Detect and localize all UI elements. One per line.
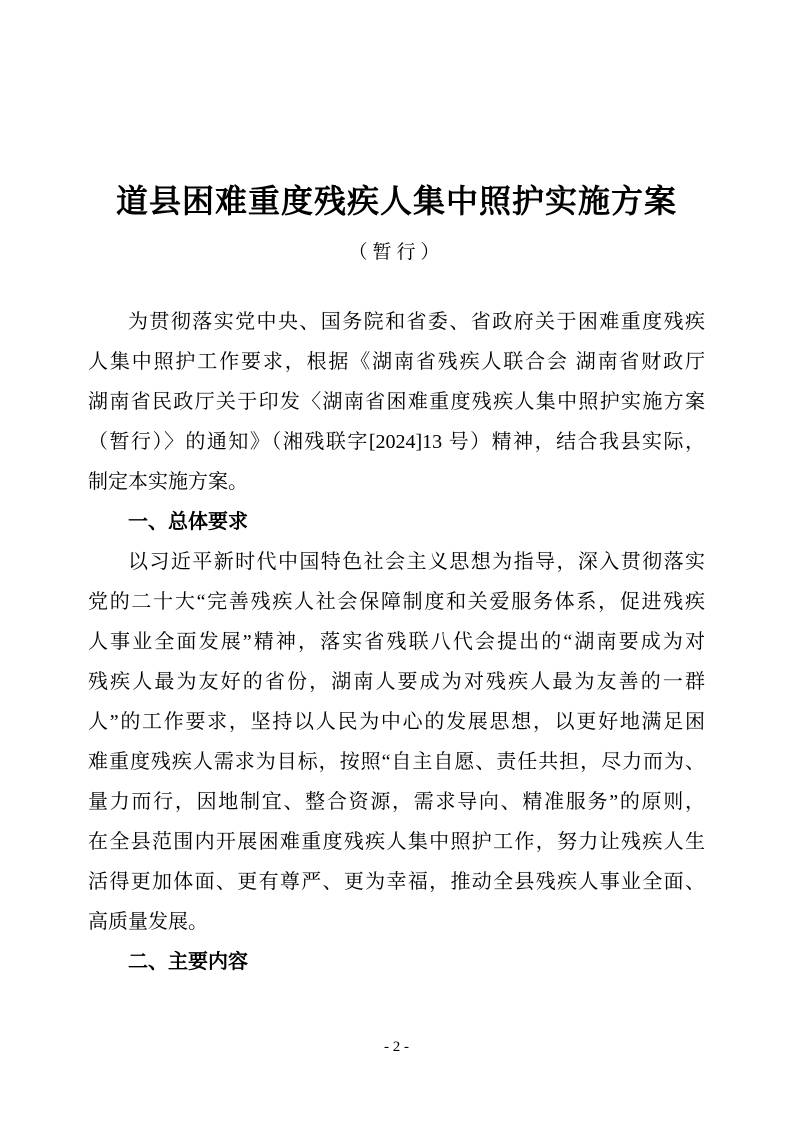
text-line: 量力而行，因地制宜、整合资源，需求导向、精准服务”的原则， [88, 782, 705, 822]
document-title: 道县困难重度残疾人集中照护实施方案 [0, 178, 793, 224]
text-line: 难重度残疾人需求为目标，按照“自主自愿、责任共担，尽力而为、 [88, 742, 705, 782]
text-line: 党的二十大“完善残疾人社会保障制度和关爱服务体系，促进残疾 [88, 582, 705, 622]
section-heading: 一、总体要求 [88, 502, 705, 542]
text-line: 高质量发展。 [88, 902, 705, 942]
text-line: 人事业全面发展”精神，落实省残联八代会提出的“湖南要成为对 [88, 622, 705, 662]
text-line: 活得更加体面、更有尊严、更为幸福，推动全县残疾人事业全面、 [88, 862, 705, 902]
text-line: （暂行）〉的通知》（湘残联字[2024]13 号）精神，结合我县实际， [88, 422, 705, 462]
text-line: 人集中照护工作要求，根据《湖南省残疾人联合会 湖南省财政厅 [88, 342, 705, 382]
text-line: 湖南省民政厅关于印发〈湖南省困难重度残疾人集中照护实施方案 [88, 382, 705, 422]
document-body: 为贯彻落实党中央、国务院和省委、省政府关于困难重度残疾人集中照护工作要求，根据《… [88, 302, 705, 982]
text-line: 制定本实施方案。 [88, 462, 705, 502]
text-line: 在全县范围内开展困难重度残疾人集中照护工作，努力让残疾人生 [88, 822, 705, 862]
text-line: 残疾人最为友好的省份，湖南人要成为对残疾人最为友善的一群 [88, 662, 705, 702]
text-line: 为贯彻落实党中央、国务院和省委、省政府关于困难重度残疾 [88, 302, 705, 342]
text-line: 以习近平新时代中国特色社会主义思想为指导，深入贯彻落实 [88, 542, 705, 582]
document-subtitle: （暂行） [0, 238, 793, 268]
page-number: - 2 - [0, 1036, 793, 1058]
text-line: 人”的工作要求，坚持以人民为中心的发展思想，以更好地满足困 [88, 702, 705, 742]
document-page: 道县困难重度残疾人集中照护实施方案 （暂行） 为贯彻落实党中央、国务院和省委、省… [0, 0, 793, 1122]
section-heading: 二、主要内容 [88, 942, 705, 982]
